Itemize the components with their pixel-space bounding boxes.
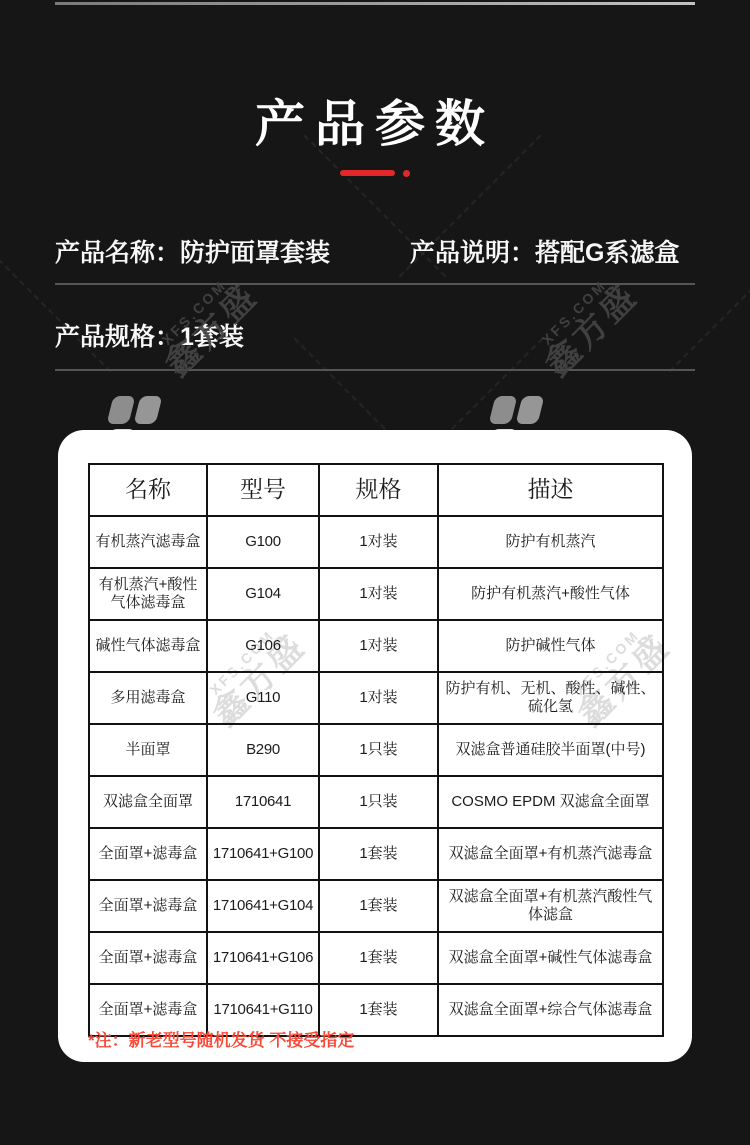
cell-spec: 1套装 [319,880,438,932]
product-info-row-2: 产品规格：1套装 [55,317,695,353]
cell-desc: 防护有机蒸汽 [438,516,663,568]
cell-model: G106 [207,620,319,672]
cell-model: G110 [207,672,319,724]
product-parameters-page: 产品参数 产品名称：防护面罩套装 产品说明：搭配G系滤盒 产品规格：1套装 XF… [0,0,750,1145]
cell-spec: 1只装 [319,724,438,776]
cell-spec: 1套装 [319,828,438,880]
table-row: 半面罩 B290 1只装 双滤盒普通硅胶半面罩(中号) [89,724,663,776]
col-header-desc: 描述 [438,464,663,516]
cell-name: 有机蒸汽滤毒盒 [89,516,207,568]
cell-name: 全面罩+滤毒盒 [89,880,207,932]
cell-desc: 双滤盒全面罩+有机蒸汽滤毒盒 [438,828,663,880]
table-header-row: 名称 型号 规格 描述 [89,464,663,516]
cell-model: 1710641+G104 [207,880,319,932]
product-info-row-1: 产品名称：防护面罩套装 产品说明：搭配G系滤盒 [55,233,695,269]
table-row: 有机蒸汽+酸性气体滤毒盒 G104 1对装 防护有机蒸汽+酸性气体 [89,568,663,620]
cell-model: 1710641 [207,776,319,828]
logo-tile [489,396,518,424]
cell-spec: 1对装 [319,516,438,568]
page-title: 产品参数 [0,84,750,156]
cell-model: B290 [207,724,319,776]
shipping-note: *注：新老型号随机发货 不接受指定 [88,1026,354,1051]
cell-spec: 1套装 [319,932,438,984]
cell-model: G104 [207,568,319,620]
cell-model: G100 [207,516,319,568]
product-desc-label: 产品说明：搭配G系滤盒 [410,233,679,269]
cell-name: 双滤盒全面罩 [89,776,207,828]
table-row: 双滤盒全面罩 1710641 1只装 COSMO EPDM 双滤盒全面罩 [89,776,663,828]
cell-desc: COSMO EPDM 双滤盒全面罩 [438,776,663,828]
product-name-label: 产品名称：防护面罩套装 [55,233,410,269]
logo-tile [134,396,163,424]
accent-line [340,170,395,176]
top-divider [55,2,695,5]
spec-card: XFS.COM 鑫方盛 XFS.COM 鑫方盛 名称 型号 规格 描述 有机蒸汽 [58,430,692,1062]
cell-name: 全面罩+滤毒盒 [89,828,207,880]
table-row: 有机蒸汽滤毒盒 G100 1对装 防护有机蒸汽 [89,516,663,568]
title-accent [0,169,750,177]
col-header-name: 名称 [89,464,207,516]
divider [55,369,695,371]
cell-spec: 1对装 [319,672,438,724]
col-header-spec: 规格 [319,464,438,516]
logo-tile [516,396,545,424]
divider [55,283,695,285]
cell-name: 全面罩+滤毒盒 [89,932,207,984]
cell-name: 碱性气体滤毒盒 [89,620,207,672]
table-row: 全面罩+滤毒盒 1710641+G100 1套装 双滤盒全面罩+有机蒸汽滤毒盒 [89,828,663,880]
cell-desc: 防护碱性气体 [438,620,663,672]
cell-desc: 双滤盒全面罩+有机蒸汽酸性气体滤盒 [438,880,663,932]
cell-desc: 防护有机蒸汽+酸性气体 [438,568,663,620]
cell-name: 有机蒸汽+酸性气体滤毒盒 [89,568,207,620]
cell-desc: 防护有机、无机、酸性、碱性、硫化氢 [438,672,663,724]
cell-desc: 双滤盒全面罩+综合气体滤毒盒 [438,984,663,1036]
cell-spec: 1只装 [319,776,438,828]
table-row: 碱性气体滤毒盒 G106 1对装 防护碱性气体 [89,620,663,672]
table-row: 全面罩+滤毒盒 1710641+G104 1套装 双滤盒全面罩+有机蒸汽酸性气体… [89,880,663,932]
logo-tile [107,396,136,424]
cell-spec: 1对装 [319,568,438,620]
spec-table: 名称 型号 规格 描述 有机蒸汽滤毒盒 G100 1对装 防护有机蒸汽 有机蒸汽… [88,463,664,1037]
cell-model: 1710641+G100 [207,828,319,880]
col-header-model: 型号 [207,464,319,516]
cell-spec: 1对装 [319,620,438,672]
table-row: 多用滤毒盒 G110 1对装 防护有机、无机、酸性、碱性、硫化氢 [89,672,663,724]
accent-dot-icon [403,170,410,177]
cell-model: 1710641+G106 [207,932,319,984]
cell-name: 多用滤毒盒 [89,672,207,724]
cell-desc: 双滤盒全面罩+碱性气体滤毒盒 [438,932,663,984]
cell-name: 半面罩 [89,724,207,776]
table-row: 全面罩+滤毒盒 1710641+G106 1套装 双滤盒全面罩+碱性气体滤毒盒 [89,932,663,984]
product-spec-label: 产品规格：1套装 [55,317,244,353]
cell-desc: 双滤盒普通硅胶半面罩(中号) [438,724,663,776]
